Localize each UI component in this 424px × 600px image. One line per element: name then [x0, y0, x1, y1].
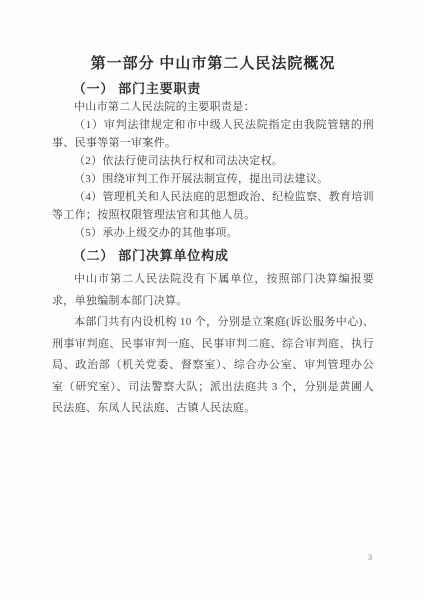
section-1-heading: （一） 部门主要职责	[52, 80, 374, 98]
section-1-duty-item-3: （3）围绕审判工作开展法制宣传，提出司法建议。	[52, 170, 374, 188]
section-2-paragraph-1: 中山市第二人民法院没有下属单位，按照部门决算编报要求，单独编制本部门决算。	[52, 269, 374, 312]
page-number: 3	[368, 554, 372, 562]
document-page: 第一部分 中山市第二人民法院概况 （一） 部门主要职责 中山市第二人民法院的主要…	[0, 0, 424, 600]
document-title: 第一部分 中山市第二人民法院概况	[52, 54, 374, 74]
section-budget-unit-composition: （二） 部门决算单位构成 中山市第二人民法院没有下属单位，按照部门决算编报要求，…	[52, 247, 374, 420]
section-1-duty-item-5: （5）承办上级交办的其他事项。	[52, 224, 374, 242]
section-1-duty-item-2: （2）依法行使司法执行权和司法决定权。	[52, 152, 374, 170]
section-1-duty-item-1: （1）审判法律规定和市中级人民法院指定由我院管辖的刑事、民事等第一审案件。	[52, 116, 374, 152]
section-2-heading: （二） 部门决算单位构成	[52, 247, 374, 265]
section-1-duty-item-4: （4）管理机关和人民法庭的思想政治、纪检监察、教育培训等工作；按照权限管理法官和…	[52, 188, 374, 224]
section-1-intro-paragraph: 中山市第二人民法院的主要职责是：	[52, 98, 374, 116]
section-2-paragraph-2: 本部门共有内设机构 10 个，分别是立案庭(诉讼服务中心)、刑事审判庭、民事审判…	[52, 312, 374, 420]
section-main-duties: （一） 部门主要职责 中山市第二人民法院的主要职责是： （1）审判法律规定和市中…	[52, 80, 374, 242]
